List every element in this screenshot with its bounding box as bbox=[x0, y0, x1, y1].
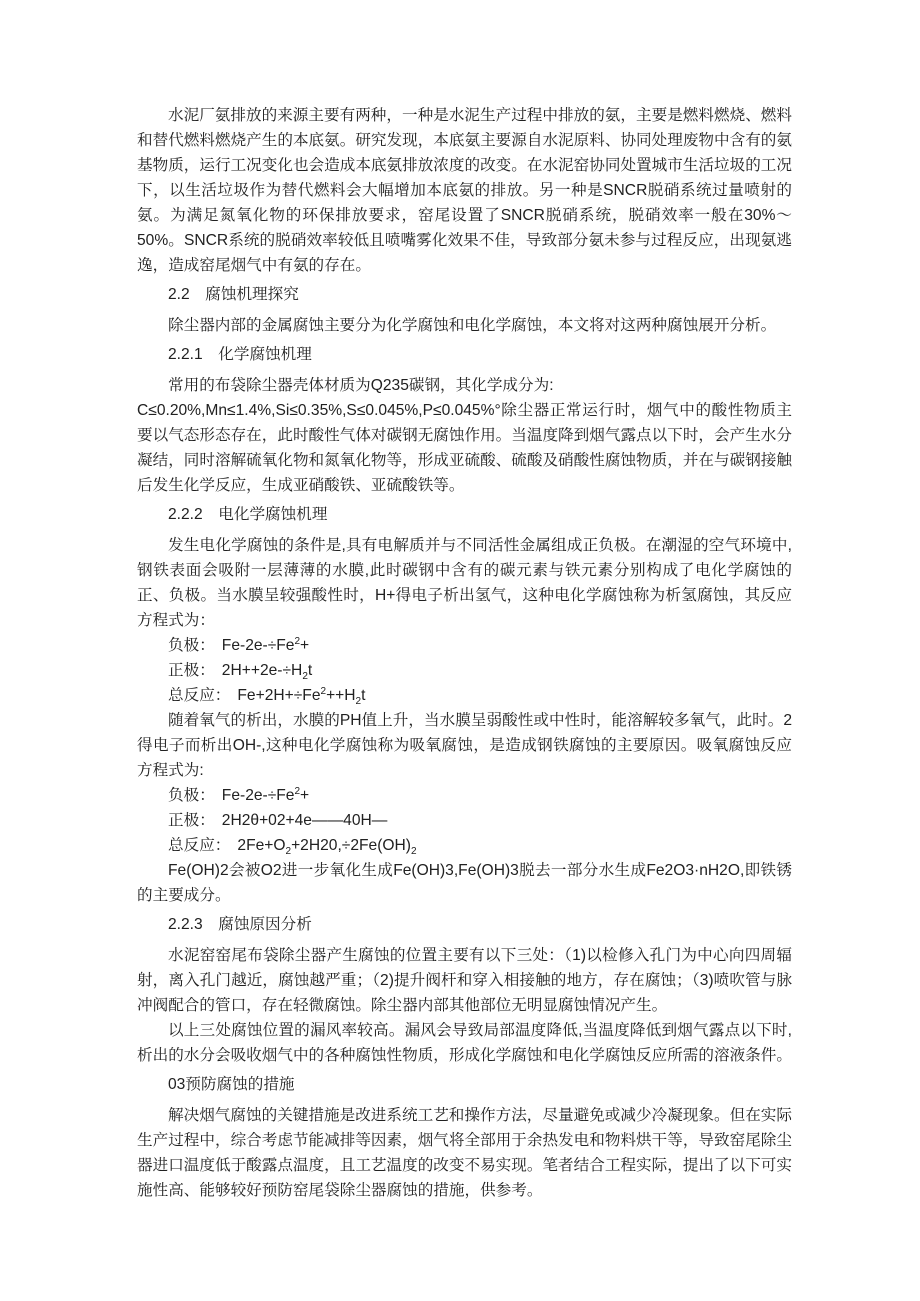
equation-label: 负极： bbox=[168, 637, 215, 654]
paragraph-corrosion-locations: 水泥窑窑尾布袋除尘器产生腐蚀的位置主要有以下三处：（1)以检修入孔门为中心向四周… bbox=[137, 943, 792, 1018]
equation-formula: Fe-2e-÷Fe2+ bbox=[222, 787, 309, 804]
equation-oxygen-total: 总反应：2Fe+O2+2H20,÷2Fe(OH)2 bbox=[137, 833, 792, 858]
equation-hydrogen-total: 总反应：Fe+2H+÷Fe2++H2t bbox=[137, 683, 792, 708]
equation-hydrogen-cathode: 正极：2H++2e-÷H2t bbox=[137, 658, 792, 683]
document-content: 水泥厂氨排放的来源主要有两种，一种是水泥生产过程中排放的氨，主要是燃料燃烧、燃料… bbox=[137, 103, 792, 1203]
equation-oxygen-cathode: 正极：2H2θ+02+4e——40H— bbox=[137, 808, 792, 833]
equation-formula: Fe+2H+÷Fe2++H2t bbox=[237, 687, 365, 704]
paragraph-ammonia-sources: 水泥厂氨排放的来源主要有两种，一种是水泥生产过程中排放的氨，主要是燃料燃烧、燃料… bbox=[137, 103, 792, 278]
paragraph-oxygen-absorption: 随着氧气的析出，水膜的PH值上升，当水膜呈弱酸性或中性时，能溶解较多氧气，此时。… bbox=[137, 708, 792, 783]
heading-electrochemical-corrosion: 2.2.2 电化学腐蚀机理 bbox=[137, 502, 792, 527]
equation-label: 总反应： bbox=[168, 687, 230, 704]
equation-formula: 2H++2e-÷H2t bbox=[222, 662, 312, 679]
paragraph-chemical-composition: C≤0.20%,Mn≤1.4%,Si≤0.35%,S≤0.045%,P≤0.04… bbox=[137, 398, 792, 498]
paragraph-air-leakage: 以上三处腐蚀位置的漏风率较高。漏风会导致局部温度降低,当温度降低到烟气露点以下时… bbox=[137, 1018, 792, 1068]
paragraph-q235-material: 常用的布袋除尘器壳体材质为Q235碳钢，其化学成分为: bbox=[137, 373, 792, 398]
equation-formula: 2Fe+O2+2H20,÷2Fe(OH)2 bbox=[237, 837, 416, 854]
equation-oxygen-anode: 负极：Fe-2e-÷Fe2+ bbox=[137, 783, 792, 808]
heading-chemical-corrosion: 2.2.1 化学腐蚀机理 bbox=[137, 342, 792, 367]
heading-prevention-measures: 03预防腐蚀的措施 bbox=[137, 1072, 792, 1097]
equation-formula: Fe-2e-÷Fe2+ bbox=[222, 637, 309, 654]
paragraph-prevention-summary: 解决烟气腐蚀的关键措施是改进系统工艺和操作方法，尽量避免或减少冷凝现象。但在实际… bbox=[137, 1103, 792, 1203]
equation-hydrogen-anode: 负极：Fe-2e-÷Fe2+ bbox=[137, 633, 792, 658]
equation-label: 正极： bbox=[168, 662, 215, 679]
heading-corrosion-mechanism: 2.2 腐蚀机理探究 bbox=[137, 282, 792, 307]
heading-corrosion-cause-analysis: 2.2.3 腐蚀原因分析 bbox=[137, 912, 792, 937]
paragraph-rust-formation: Fe(OH)2会被O2进一步氧化生成Fe(OH)3,Fe(OH)3脱去一部分水生… bbox=[137, 858, 792, 908]
equation-formula: 2H2θ+02+4e——40H— bbox=[222, 812, 388, 829]
paragraph-corrosion-intro: 除尘器内部的金属腐蚀主要分为化学腐蚀和电化学腐蚀，本文将对这两种腐蚀展开分析。 bbox=[137, 313, 792, 338]
equation-label: 负极： bbox=[168, 787, 215, 804]
equation-label: 总反应： bbox=[168, 837, 230, 854]
paragraph-electrochemical-conditions: 发生电化学腐蚀的条件是,具有电解质并与不同活性金属组成正负极。在潮湿的空气环境中… bbox=[137, 533, 792, 633]
equation-label: 正极： bbox=[168, 812, 215, 829]
document-page: 水泥厂氨排放的来源主要有两种，一种是水泥生产过程中排放的氨，主要是燃料燃烧、燃料… bbox=[0, 0, 920, 1203]
